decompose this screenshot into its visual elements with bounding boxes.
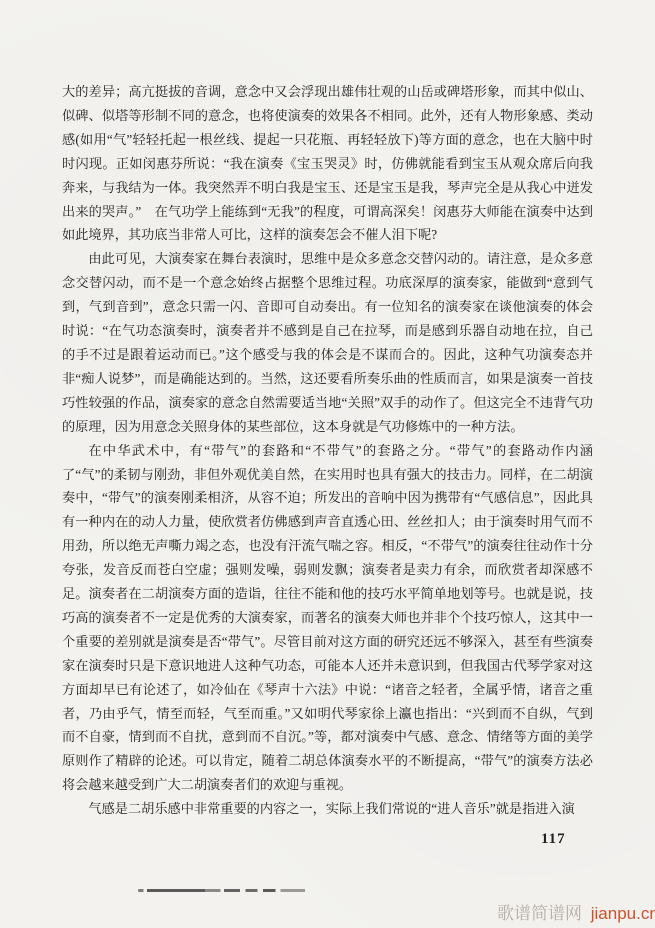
paragraph-continuation-next-page: 气感是二胡乐感中非常重要的内容之一，实际上我们常说的“进人音乐”就是指进入演	[62, 797, 593, 821]
body-text: 大的差异；高亢挺拔的音调，意念中又会浮现出雄伟壮观的山岳或碑塔形象，而其中似山、…	[62, 80, 593, 821]
watermark: 歌谱简谱网 jianpu.cn	[497, 899, 655, 924]
paragraph: 由此可见，大演奏家在舞台表演时，思维中是众多意念交替闪动的。请注意，是众多意念交…	[62, 247, 593, 438]
paragraph: 在中华武术中，有“带气”的套路和“不带气”的套路之分。“带气”的套路动作内涵了“…	[62, 439, 593, 798]
watermark-site-name: 歌谱简谱网	[497, 904, 582, 923]
watermark-url: jianpu.cn	[591, 904, 655, 923]
scan-artifact-line	[138, 889, 314, 892]
page-number: 117	[541, 831, 566, 848]
paragraph-continuation: 大的差异；高亢挺拔的音调，意念中又会浮现出雄伟壮观的山岳或碑塔形象，而其中似山、…	[62, 80, 593, 247]
book-page: 大的差异；高亢挺拔的音调，意念中又会浮现出雄伟壮观的山岳或碑塔形象，而其中似山、…	[0, 0, 655, 928]
